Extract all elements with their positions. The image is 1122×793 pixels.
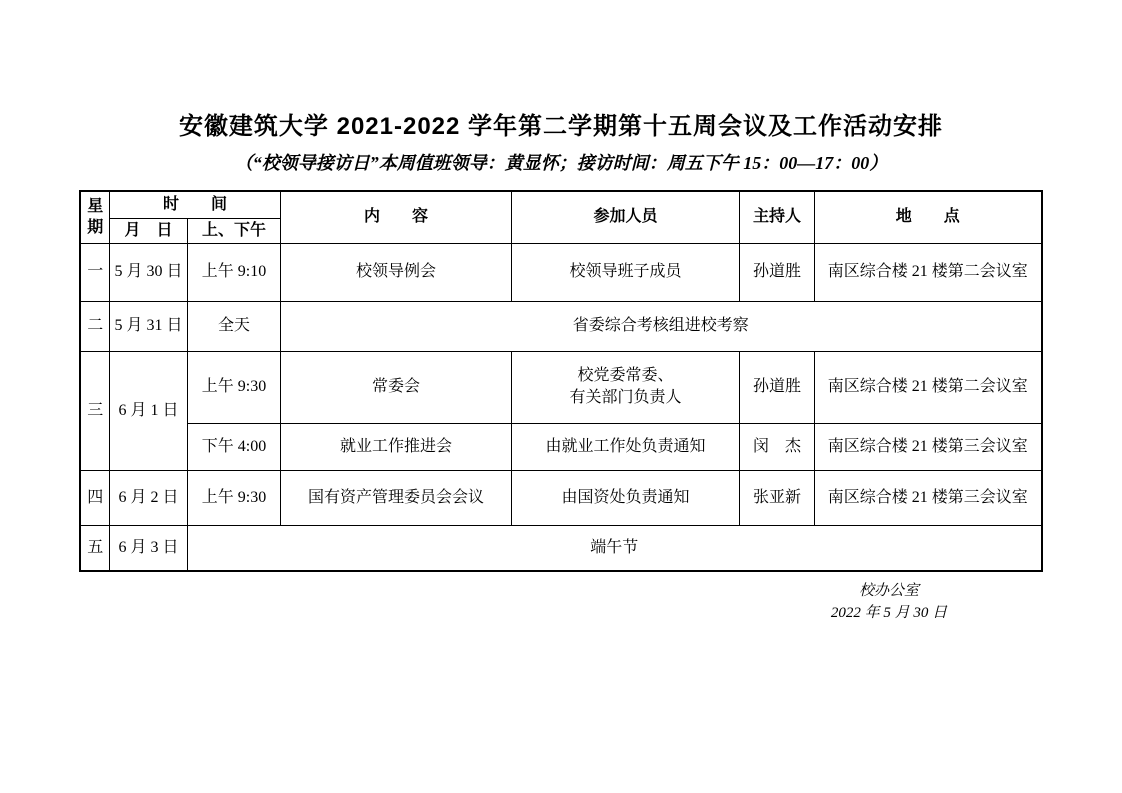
cell-week: 一 [80,243,109,301]
cell-week: 四 [80,470,109,525]
cell-week: 二 [80,301,109,351]
cell-week: 五 [80,525,109,571]
signature-block: 校办公室 2022 年 5 月 30 日 [769,580,1009,624]
header-week: 星期 [80,191,109,243]
header-month-day: 月 日 [109,218,187,243]
table-row: 下午 4:00 就业工作推进会 由就业工作处负责通知 闵 杰 南区综合楼 21 … [80,423,1041,470]
signature-office: 校办公室 [769,580,1009,602]
cell-location: 南区综合楼 21 楼第三会议室 [815,470,1042,525]
table-row: 二 5 月 31 日 全天 省委综合考核组进校考察 [80,301,1041,351]
cell-time: 下午 4:00 [187,423,280,470]
cell-time: 上午 9:30 [187,470,280,525]
header-am-pm: 上、下午 [187,218,280,243]
header-time-group: 时 间 [109,191,280,218]
cell-date: 6 月 2 日 [109,470,187,525]
cell-participants: 校领导班子成员 [512,243,740,301]
cell-date: 5 月 30 日 [109,243,187,301]
cell-host: 闵 杰 [740,423,815,470]
cell-time: 上午 9:30 [187,351,280,423]
header-content: 内 容 [281,191,512,243]
schedule-table: 星期 时 间 内 容 参加人员 主持人 地 点 月 日 上、下午 一 5 月 3… [79,190,1042,572]
cell-content: 国有资产管理委员会会议 [281,470,512,525]
cell-host: 孙道胜 [740,243,815,301]
participants-line: 校党委常委、 [514,365,737,387]
header-participants: 参加人员 [512,191,740,243]
table-row: 三 6 月 1 日 上午 9:30 常委会 校党委常委、 有关部门负责人 孙道胜… [80,351,1041,423]
cell-content: 校领导例会 [281,243,512,301]
page-subtitle: （“校领导接访日”本周值班领导：黄显怀；接访时间：周五下午 15：00—17：0… [0,151,1122,175]
cell-participants: 由国资处负责通知 [512,470,740,525]
page-title: 安徽建筑大学 2021-2022 学年第二学期第十五周会议及工作活动安排 [0,112,1122,142]
cell-merged-event: 省委综合考核组进校考察 [281,301,1042,351]
cell-time: 全天 [187,301,280,351]
cell-content: 就业工作推进会 [281,423,512,470]
cell-location: 南区综合楼 21 楼第三会议室 [815,423,1042,470]
cell-week: 三 [80,351,109,470]
table-row: 四 6 月 2 日 上午 9:30 国有资产管理委员会会议 由国资处负责通知 张… [80,470,1041,525]
table-row: 五 6 月 3 日 端午节 [80,525,1041,571]
header-row-1: 星期 时 间 内 容 参加人员 主持人 地 点 [80,191,1041,218]
cell-time: 上午 9:10 [187,243,280,301]
participants-line: 有关部门负责人 [514,387,737,409]
cell-date: 6 月 3 日 [109,525,187,571]
cell-date: 5 月 31 日 [109,301,187,351]
cell-content: 常委会 [281,351,512,423]
cell-location: 南区综合楼 21 楼第二会议室 [815,351,1042,423]
cell-location: 南区综合楼 21 楼第二会议室 [815,243,1042,301]
cell-date: 6 月 1 日 [109,351,187,470]
cell-host: 孙道胜 [740,351,815,423]
cell-merged-event: 端午节 [187,525,1041,571]
cell-participants: 校党委常委、 有关部门负责人 [512,351,740,423]
header-host: 主持人 [740,191,815,243]
cell-host: 张亚新 [740,470,815,525]
cell-participants: 由就业工作处负责通知 [512,423,740,470]
table-row: 一 5 月 30 日 上午 9:10 校领导例会 校领导班子成员 孙道胜 南区综… [80,243,1041,301]
signature-date: 2022 年 5 月 30 日 [769,602,1009,624]
header-location: 地 点 [815,191,1042,243]
